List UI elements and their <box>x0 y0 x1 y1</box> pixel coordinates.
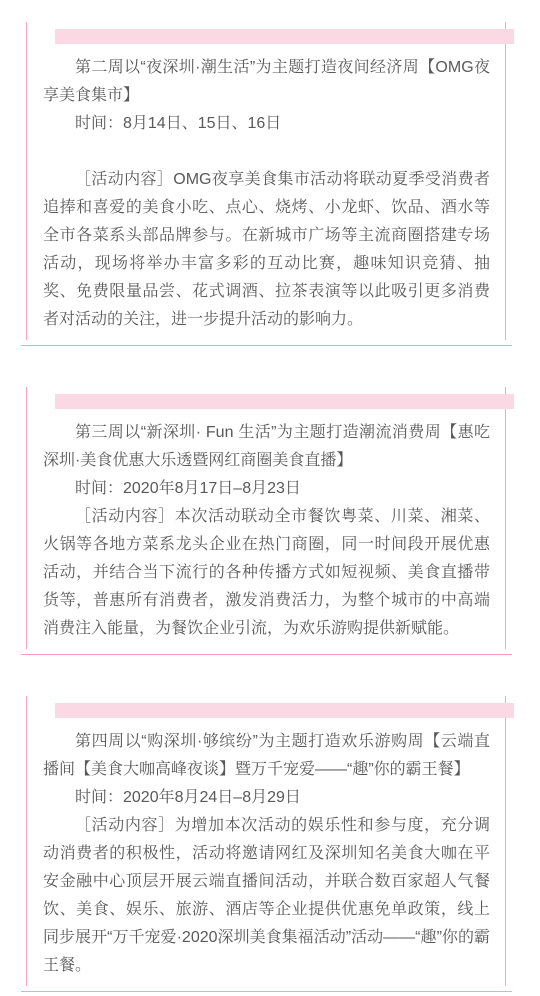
event-title: 第二周以“夜深圳·潮生活”为主题打造夜间经济周【OMG夜享美食集市】 <box>43 54 490 110</box>
article-page: 第二周以“夜深圳·潮生活”为主题打造夜间经济周【OMG夜享美食集市】 时间：8月… <box>0 0 540 996</box>
event-card-week4: 第四周以“购深圳·够缤纷”为主题打造欢乐游购周【云端直播间【美食大咖高峰夜谈】暨… <box>26 696 506 986</box>
highlight-bar-decoration <box>55 29 514 44</box>
highlight-bar-decoration <box>55 703 514 718</box>
event-description: ［活动内容］为增加本次活动的娱乐性和参与度，充分调动消费者的积极性，活动将邀请网… <box>43 812 490 980</box>
event-title: 第四周以“购深圳·够缤纷”为主题打造欢乐游购周【云端直播间【美食大咖高峰夜谈】暨… <box>43 728 490 784</box>
event-card-week2: 第二周以“夜深圳·潮生活”为主题打造夜间经济周【OMG夜享美食集市】 时间：8月… <box>26 22 506 340</box>
event-time: 时间：2020年8月17日–8月23日 <box>43 475 490 503</box>
highlight-bar-decoration <box>55 394 514 409</box>
event-card-week3: 第三周以“新深圳· Fun 生活”为主题打造潮流消费周【惠吃深圳·美食优惠大乐透… <box>26 387 506 649</box>
paragraph-spacer <box>43 138 490 166</box>
event-time: 时间：2020年8月24日–8月29日 <box>43 784 490 812</box>
event-title: 第三周以“新深圳· Fun 生活”为主题打造潮流消费周【惠吃深圳·美食优惠大乐透… <box>43 419 490 475</box>
event-description: ［活动内容］OMG夜享美食集市活动将联动夏季受消费者追捧和喜爱的美食小吃、点心、… <box>43 166 490 334</box>
event-time: 时间：8月14日、15日、16日 <box>43 110 490 138</box>
event-description: ［活动内容］本次活动联动全市餐饮粤菜、川菜、湘菜、火锅等各地方菜系龙头企业在热门… <box>43 503 490 643</box>
